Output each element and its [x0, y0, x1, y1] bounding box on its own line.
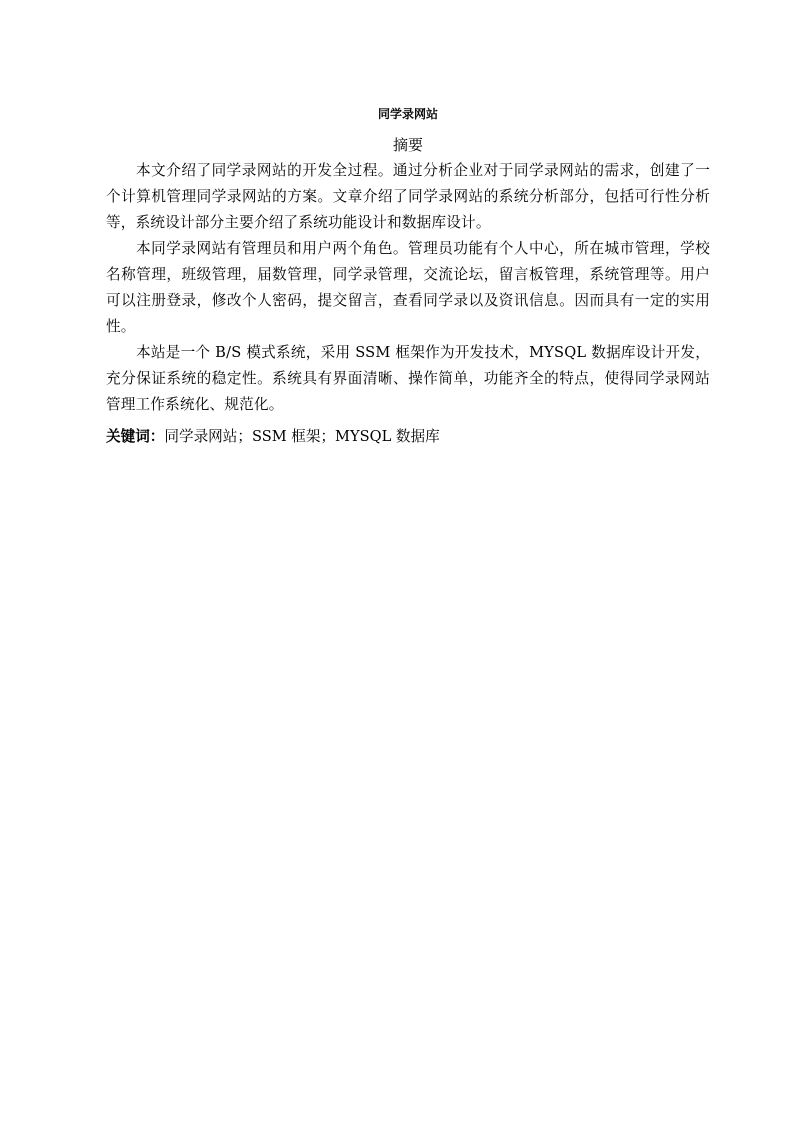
- abstract-heading: 摘要: [106, 134, 710, 156]
- abstract-paragraph-2: 本同学录网站有管理员和用户两个角色。管理员功能有个人中心，所在城市管理，学校名称…: [106, 236, 710, 340]
- keywords-label: 关键词：: [106, 428, 164, 445]
- abstract-paragraph-1: 本文介绍了同学录网站的开发全过程。通过分析企业对于同学录网站的需求，创建了一个计…: [106, 158, 710, 236]
- document-title: 同学录网站: [106, 105, 710, 123]
- keywords-line: 关键词：同学录网站；SSM 框架；MYSQL 数据库: [106, 424, 710, 450]
- abstract-paragraph-3: 本站是一个 B/S 模式系统，采用 SSM 框架作为开发技术，MYSQL 数据库…: [106, 340, 710, 418]
- keywords-value: 同学录网站；SSM 框架；MYSQL 数据库: [164, 428, 439, 445]
- abstract-body: 本文介绍了同学录网站的开发全过程。通过分析企业对于同学录网站的需求，创建了一个计…: [106, 158, 710, 418]
